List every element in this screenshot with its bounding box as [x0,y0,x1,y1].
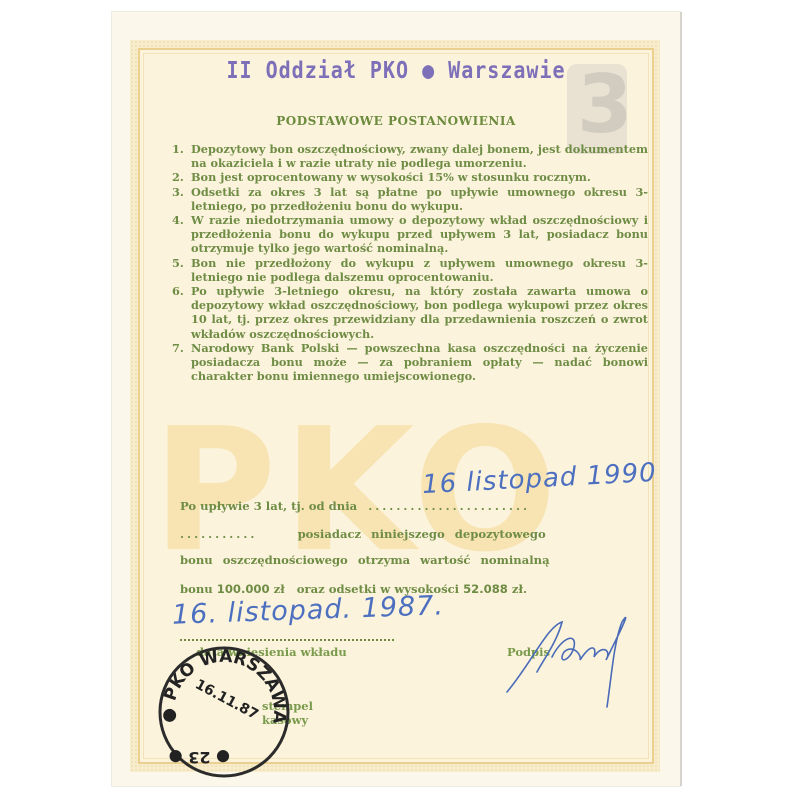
fill-dots: ........... [180,527,257,541]
interest-value: 52.088 [463,582,508,596]
postmark-stamp: ● PKO WARSZAWA 16.11.87 ● 23 ● [156,644,292,780]
svg-text:● 23 ●: ● 23 ● [169,748,230,767]
signature [502,602,642,712]
provision-item: 2.Bon jest oprocentowany w wysokości 15%… [172,170,648,184]
provisions-list: 1.Depozytowy bon oszczędnościowy, zwany … [172,142,648,383]
provision-number: 3. [172,185,191,213]
branch-stamp: II Oddział PKO ● Warszawie [112,56,680,84]
provision-item: 5.Bon nie przedłożony do wykupu z upływe… [172,256,648,284]
provision-number: 4. [172,213,191,256]
fill-dots: ....................... [361,499,530,513]
provision-item: 4.W razie niedotrzymania umowy o depozyt… [172,213,648,256]
provision-item: 1.Depozytowy bon oszczędnościowy, zwany … [172,142,648,170]
provision-item: 3.Odsetki za okres 3 lat są płatne po up… [172,185,648,213]
provision-text: Narodowy Bank Polski — powszechna kasa o… [191,341,648,384]
provision-number: 2. [172,170,191,184]
provision-number: 7. [172,341,191,384]
provision-item: 7.Narodowy Bank Polski — powszechna kasa… [172,341,648,384]
provision-text: Po upływie 3-letniego okresu, na który z… [191,284,648,341]
provision-text: Bon jest oprocentowany w wysokości 15% w… [191,170,591,184]
provision-text: Depozytowy bon oszczędnościowy, zwany da… [191,142,648,170]
receives-line: bonu oszczędnościowego otrzyma wartość n… [180,553,650,567]
provision-number: 5. [172,256,191,284]
svg-text:16.11.87: 16.11.87 [192,677,261,724]
provision-text: Bon nie przedłożony do wykupu z upływem … [191,256,648,284]
provision-item: 6.Po upływie 3-letniego okresu, na który… [172,284,648,341]
bond-sheet: PKO II Oddział PKO ● Warszawie PODSTAWOW… [112,12,680,786]
section-heading: PODSTAWOWE POSTANOWIENIA [112,114,680,128]
provision-text: Odsetki za okres 3 lat są płatne po upły… [191,185,648,213]
provision-number: 1. [172,142,191,170]
deposit-date-rule [180,639,394,641]
provision-number: 6. [172,284,191,341]
maturity-line: Po upływie 3 lat, tj. od dnia ..........… [180,499,650,513]
provision-text: W razie niedotrzymania umowy o depozytow… [191,213,648,256]
holder-line: ........... posiadacz niniejszego depozy… [180,527,650,541]
nominal-value: 100.000 [217,582,270,596]
